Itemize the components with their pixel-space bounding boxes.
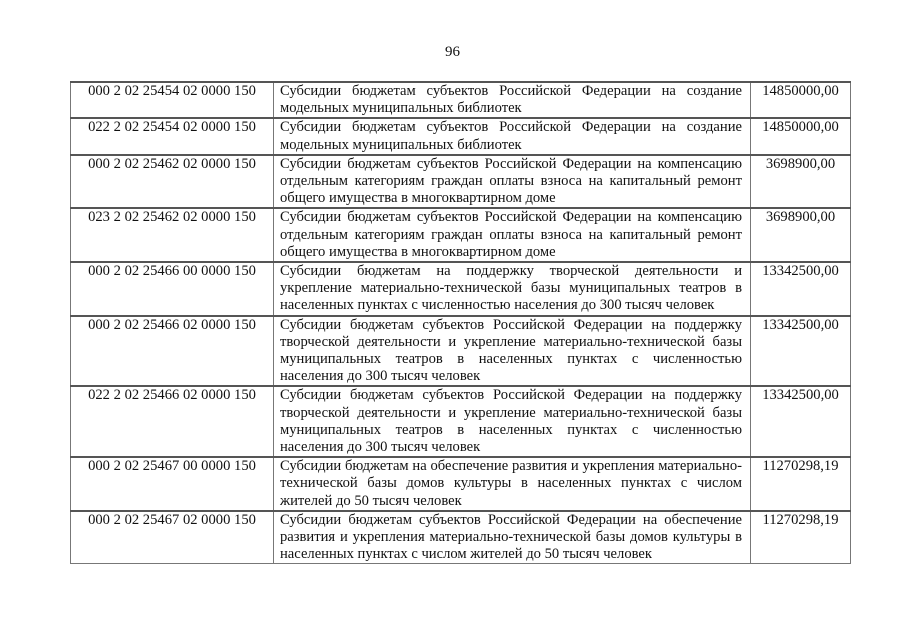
budget-code-cell: 022 2 02 25454 02 0000 150	[71, 118, 274, 154]
budget-code-cell: 000 2 02 25467 00 0000 150	[71, 457, 274, 511]
budget-table-body: 000 2 02 25454 02 0000 150Субсидии бюдже…	[71, 82, 851, 564]
amount-cell: 14850000,00	[751, 82, 851, 118]
description-cell: Субсидии бюджетам на обеспечение развити…	[274, 457, 751, 511]
budget-code-cell: 022 2 02 25466 02 0000 150	[71, 386, 274, 457]
table-row: 000 2 02 25467 02 0000 150Субсидии бюдже…	[71, 511, 851, 564]
table-row: 000 2 02 25462 02 0000 150Субсидии бюдже…	[71, 155, 851, 209]
table-row: 022 2 02 25466 02 0000 150Субсидии бюдже…	[71, 386, 851, 457]
amount-cell: 13342500,00	[751, 316, 851, 387]
table-row: 000 2 02 25466 02 0000 150Субсидии бюдже…	[71, 316, 851, 387]
table-row: 000 2 02 25454 02 0000 150Субсидии бюдже…	[71, 82, 851, 118]
description-cell: Субсидии бюджетам субъектов Российской Ф…	[274, 316, 751, 387]
description-cell: Субсидии бюджетам субъектов Российской Ф…	[274, 511, 751, 564]
budget-code-cell: 000 2 02 25462 02 0000 150	[71, 155, 274, 209]
description-cell: Субсидии бюджетам субъектов Российской Ф…	[274, 82, 751, 118]
budget-code-cell: 000 2 02 25454 02 0000 150	[71, 82, 274, 118]
table-row: 023 2 02 25462 02 0000 150Субсидии бюдже…	[71, 208, 851, 262]
table-row: 000 2 02 25467 00 0000 150Субсидии бюдже…	[71, 457, 851, 511]
amount-cell: 11270298,19	[751, 457, 851, 511]
description-cell: Субсидии бюджетам субъектов Российской Ф…	[274, 155, 751, 209]
amount-cell: 3698900,00	[751, 155, 851, 209]
description-cell: Субсидии бюджетам субъектов Российской Ф…	[274, 208, 751, 262]
description-cell: Субсидии бюджетам субъектов Российской Ф…	[274, 386, 751, 457]
table-row: 022 2 02 25454 02 0000 150Субсидии бюдже…	[71, 118, 851, 154]
budget-table: 000 2 02 25454 02 0000 150Субсидии бюдже…	[70, 81, 851, 564]
budget-code-cell: 023 2 02 25462 02 0000 150	[71, 208, 274, 262]
budget-code-cell: 000 2 02 25466 02 0000 150	[71, 316, 274, 387]
description-cell: Субсидии бюджетам субъектов Российской Ф…	[274, 118, 751, 154]
amount-cell: 11270298,19	[751, 511, 851, 564]
description-cell: Субсидии бюджетам на поддержку творческо…	[274, 262, 751, 316]
amount-cell: 14850000,00	[751, 118, 851, 154]
amount-cell: 3698900,00	[751, 208, 851, 262]
amount-cell: 13342500,00	[751, 262, 851, 316]
budget-code-cell: 000 2 02 25467 02 0000 150	[71, 511, 274, 564]
page-number: 96	[0, 44, 905, 61]
table-row: 000 2 02 25466 00 0000 150Субсидии бюдже…	[71, 262, 851, 316]
amount-cell: 13342500,00	[751, 386, 851, 457]
budget-code-cell: 000 2 02 25466 00 0000 150	[71, 262, 274, 316]
